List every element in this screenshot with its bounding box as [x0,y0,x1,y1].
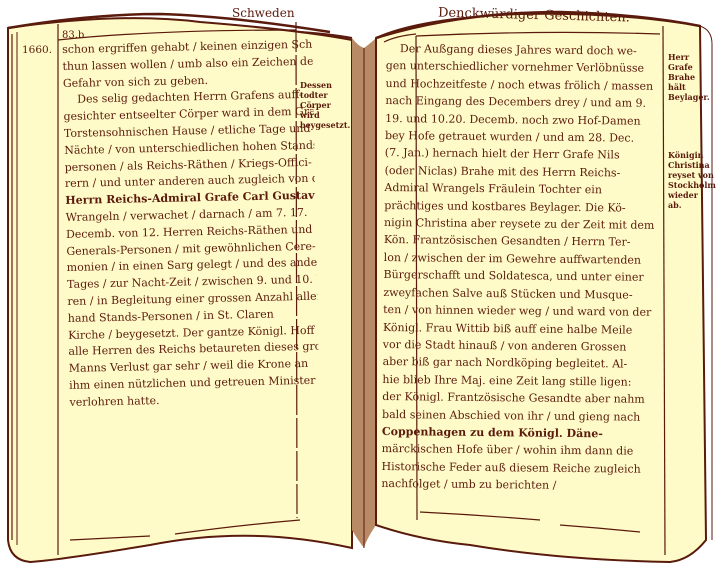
left-page-body: schon ergriffen gehabt / keinen einzigen… [62,37,320,412]
left-running-head: Schweden [232,6,295,20]
right-page-body: Der Außgang dieses Jahres ward doch we- … [381,40,656,495]
text-line: nachfolget / umb zu berichten / [381,475,651,495]
right-margin-note-2: Königin Christina reyset von Stockholm w… [668,150,714,210]
left-margin-note: Dessen todter Cörper wird beygesetzt. [300,80,348,130]
margin-year: 1660. [22,44,52,56]
left-page-number: 83.b [62,30,84,41]
open-book: Schweden 83.b 1660. schon ergriffen geha… [0,0,716,568]
text-line: ten / von hinnen wieder weg / und ward v… [383,301,653,321]
text-line: der Königl. Frantzösische Gesandte aber … [382,388,652,408]
right-margin-note-1: Herr Grafe Brahe hält Beylager. [668,52,714,102]
